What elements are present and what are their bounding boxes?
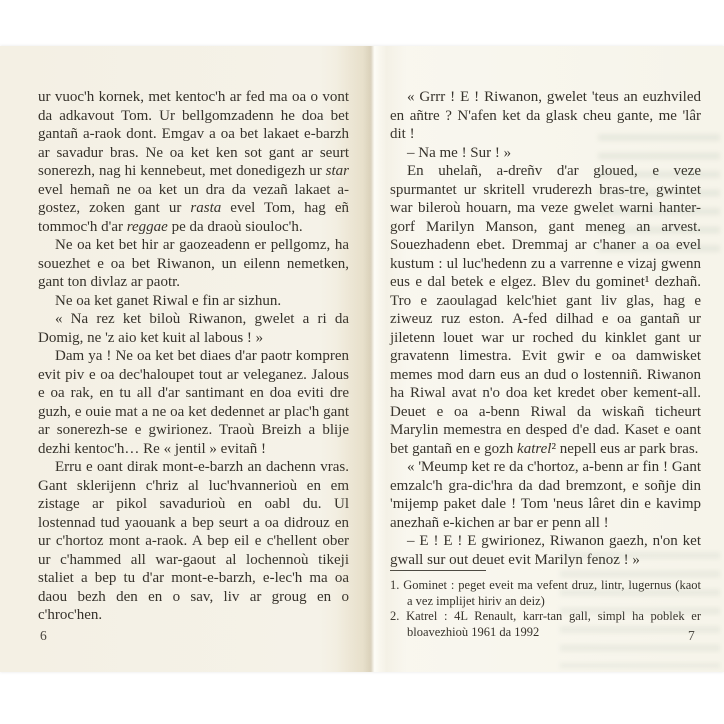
paragraph: « 'Meump ket re da c'hortoz, a-benn ar f… [390,458,701,532]
paragraph: Dam ya ! Ne oa ket bet diaes d'ar paotr … [38,347,349,458]
left-page-text: ur vuoc'h kornek, met kentoc'h ar fed ma… [38,88,349,625]
paragraph: Ne oa ket bet hir ar gaozeadenn er pellg… [38,236,349,292]
paragraph: – Na me ! Sur ! » [390,144,701,163]
paragraph: « Grrr ! E ! Riwanon, gwelet 'teus an eu… [390,88,701,144]
paragraph: Erru e oant dirak mont-e-barzh an dachen… [38,458,349,625]
footnote-divider [390,570,486,571]
footnote: 1. Gominet : peget eveit ma vefent druz,… [390,578,701,609]
right-page-text: « Grrr ! E ! Riwanon, gwelet 'teus an eu… [390,88,701,569]
footnotes: 1. Gominet : peget eveit ma vefent druz,… [390,578,701,640]
footnotes-section: 1. Gominet : peget eveit ma vefent druz,… [390,570,701,640]
paragraph: Ne oa ket ganet Riwal e fin ar sizhun. [38,292,349,311]
right-page-number: 7 [688,628,695,644]
paragraph: – E ! E ! E gwirionez, Riwanon gaezh, n'… [390,532,701,569]
left-page-number: 6 [40,628,47,644]
book-spread: ur vuoc'h kornek, met kentoc'h ar fed ma… [0,46,724,672]
paragraph: « Na rez ket biloù Riwanon, gwelet a ri … [38,310,349,347]
paragraph: En uhelañ, a-dreñv d'ar gloued, e veze s… [390,162,701,458]
footnote: 2. Katrel : 4L Renault, karr-tan gall, s… [390,609,701,640]
paragraph: ur vuoc'h kornek, met kentoc'h ar fed ma… [38,88,349,236]
